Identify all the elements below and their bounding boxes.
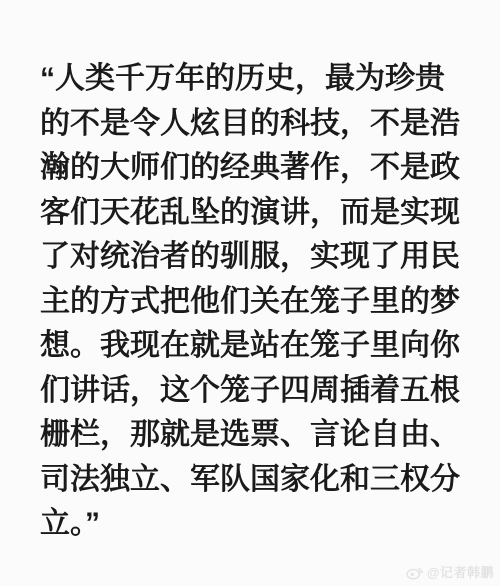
- quote-text-block: “人类千万年的历史，最为珍贵 的不是令人炫目的科技，不是浩 瀚的大师们的经典著作…: [40, 57, 470, 547]
- quote-line-6: 主的方式把他们关在笼子里的梦: [40, 280, 470, 325]
- quote-line-1: “人类千万年的历史，最为珍贵: [40, 57, 470, 102]
- quote-line-2: 的不是令人炫目的科技，不是浩: [40, 102, 470, 147]
- quote-line-11: 立。”: [40, 502, 470, 547]
- quote-line-10: 司法独立、军队国家化和三权分: [40, 458, 470, 503]
- quote-line-3: 瀚的大师们的经典著作，不是政: [40, 146, 470, 191]
- watermark: @记者韩鹏: [406, 562, 494, 581]
- quote-line-7: 想。我现在就是站在笼子里向你: [40, 324, 470, 369]
- quote-line-4: 客们天花乱坠的演讲，而是实现: [40, 191, 470, 236]
- quote-line-5: 了对统治者的驯服，实现了用民: [40, 235, 470, 280]
- quote-line-9: 栅栏，那就是选票、言论自由、: [40, 413, 470, 458]
- watermark-label: @记者韩鹏: [427, 562, 494, 581]
- weibo-logo-icon: [406, 564, 424, 580]
- quote-image-canvas: “人类千万年的历史，最为珍贵 的不是令人炫目的科技，不是浩 瀚的大师们的经典著作…: [0, 0, 500, 586]
- quote-line-8: 们讲话，这个笼子四周插着五根: [40, 369, 470, 414]
